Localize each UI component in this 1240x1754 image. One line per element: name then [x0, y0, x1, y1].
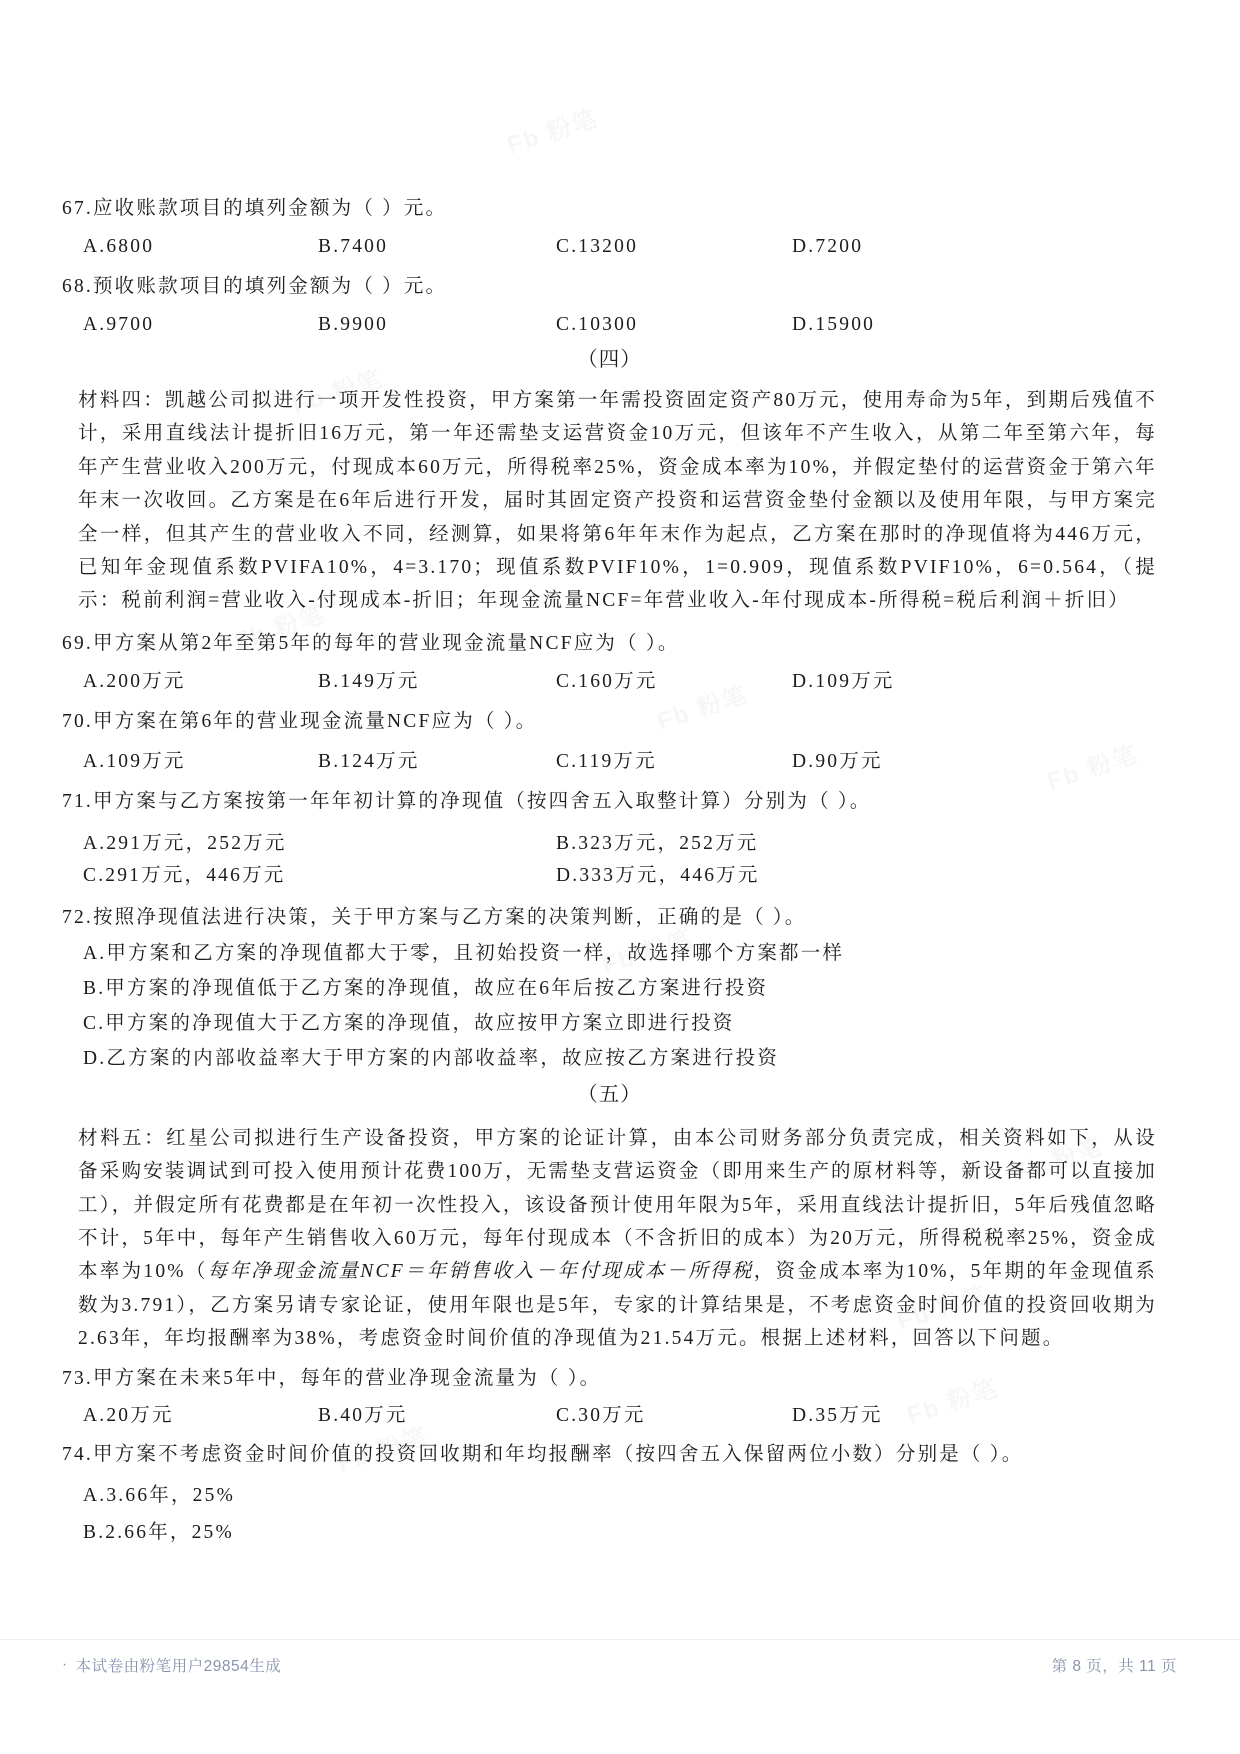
question-69-options: A.200万元 B.149万元 C.160万元 D.109万元 [83, 665, 1157, 698]
question-68-options: A.9700 B.9900 C.10300 D.15900 [83, 308, 1157, 341]
page-footer: · 本试卷由粉笔用户29854生成 第 8 页，共 11 页 [0, 1639, 1240, 1676]
question-68-option-b: B.9900 [318, 308, 556, 341]
question-74-option-b: B.2.66年，25% [83, 1516, 1157, 1549]
question-73-options: A.20万元 B.40万元 C.30万元 D.35万元 [83, 1399, 1157, 1432]
question-68-option-c: C.10300 [556, 308, 792, 341]
question-72-option-a: A.甲方案和乙方案的净现值都大于零，且初始投资一样，故选择哪个方案都一样 [83, 937, 1157, 970]
question-73-stem: 73.甲方案在未来5年中，每年的营业净现金流量为（ ）。 [62, 1362, 1157, 1395]
question-69-option-c: C.160万元 [556, 665, 792, 698]
question-69-option-b: B.149万元 [318, 665, 556, 698]
question-70-stem: 70.甲方案在第6年的营业现金流量NCF应为（ ）。 [62, 705, 1157, 738]
material-5-formula: 每年净现金流量NCF＝年销售收入－年付现成本－所得税 [208, 1261, 754, 1282]
question-71-option-a: A.291万元，252万元 [83, 828, 556, 861]
question-67-stem: 67.应收账款项目的填列金额为（ ）元。 [62, 192, 1157, 225]
question-69-stem: 69.甲方案从第2年至第5年的每年的营业现金流量NCF应为（ ）。 [62, 627, 1157, 660]
question-70-option-a: A.109万元 [83, 745, 318, 778]
question-70-options: A.109万元 B.124万元 C.119万元 D.90万元 [83, 745, 1157, 778]
material-5-text-1: 材料五：红星公司拟进行生产设备投资，甲方案的论证计算，由本公司财务部分负责完成，… [78, 1128, 1157, 1283]
question-71-option-d: D.333万元，446万元 [556, 860, 1157, 893]
footer-bullet: · [62, 1656, 68, 1674]
question-68-option-a: A.9700 [83, 308, 318, 341]
question-67-option-a: A.6800 [83, 230, 318, 263]
section-header-5: （五） [62, 1079, 1157, 1112]
section-header-4: （四） [62, 344, 1157, 377]
question-73-option-b: B.40万元 [318, 1399, 556, 1432]
footer-generated-by: · 本试卷由粉笔用户29854生成 [62, 1654, 281, 1676]
question-68-option-d: D.15900 [792, 308, 1157, 341]
question-74-option-a: A.3.66年，25% [83, 1479, 1157, 1512]
question-70-option-b: B.124万元 [318, 745, 556, 778]
question-69-option-d: D.109万元 [792, 665, 1157, 698]
question-72-stem: 72.按照净现值法进行决策，关于甲方案与乙方案的决策判断，正确的是（ ）。 [62, 901, 1157, 934]
question-68-stem: 68.预收账款项目的填列金额为（ ）元。 [62, 270, 1157, 303]
question-73-option-a: A.20万元 [83, 1399, 318, 1432]
exam-content: 67.应收账款项目的填列金额为（ ）元。 A.6800 B.7400 C.132… [62, 192, 1157, 1550]
material-4-paragraph: 材料四：凯越公司拟进行一项开发性投资，甲方案第一年需投资固定资产80万元，使用寿… [78, 384, 1157, 618]
question-71-stem: 71.甲方案与乙方案按第一年年初计算的净现值（按四舍五入取整计算）分别为（ ）。 [62, 785, 1157, 818]
question-72-option-c: C.甲方案的净现值大于乙方案的净现值，故应按甲方案立即进行投资 [83, 1007, 1157, 1040]
question-71-option-c: C.291万元，446万元 [83, 860, 556, 893]
question-70-option-d: D.90万元 [792, 745, 1157, 778]
question-72-option-d: D.乙方案的内部收益率大于甲方案的内部收益率，故应按乙方案进行投资 [83, 1042, 1157, 1075]
material-5-paragraph: 材料五：红星公司拟进行生产设备投资，甲方案的论证计算，由本公司财务部分负责完成，… [78, 1122, 1157, 1356]
question-71-option-b: B.323万元，252万元 [556, 828, 1157, 861]
question-73-option-d: D.35万元 [792, 1399, 1157, 1432]
question-74-options: A.3.66年，25% B.2.66年，25% [83, 1479, 1157, 1550]
question-72-options: A.甲方案和乙方案的净现值都大于零，且初始投资一样，故选择哪个方案都一样 B.甲… [83, 937, 1157, 1075]
watermark: Fb 粉笔 [502, 98, 602, 160]
footer-page-info: 第 8 页，共 11 页 [1052, 1654, 1177, 1676]
question-67-options: A.6800 B.7400 C.13200 D.7200 [83, 230, 1157, 263]
question-67-option-d: D.7200 [792, 230, 1157, 263]
question-70-option-c: C.119万元 [556, 745, 792, 778]
question-71-options: A.291万元，252万元 B.323万元，252万元 C.291万元，446万… [83, 828, 1157, 893]
question-72-option-b: B.甲方案的净现值低于乙方案的净现值，故应在6年后按乙方案进行投资 [83, 972, 1157, 1005]
question-69-option-a: A.200万元 [83, 665, 318, 698]
question-67-option-b: B.7400 [318, 230, 556, 263]
question-67-option-c: C.13200 [556, 230, 792, 263]
footer-generated-by-text: 本试卷由粉笔用户29854生成 [76, 1654, 282, 1676]
question-73-option-c: C.30万元 [556, 1399, 792, 1432]
question-74-stem: 74.甲方案不考虑资金时间价值的投资回收期和年均报酬率（按四舍五入保留两位小数）… [62, 1438, 1157, 1471]
exam-page: Fb 粉笔 Fb 粉笔 Fb 粉笔 Fb 粉笔 Fb 粉笔 Fb 粉笔 Fb 粉… [0, 0, 1240, 1754]
